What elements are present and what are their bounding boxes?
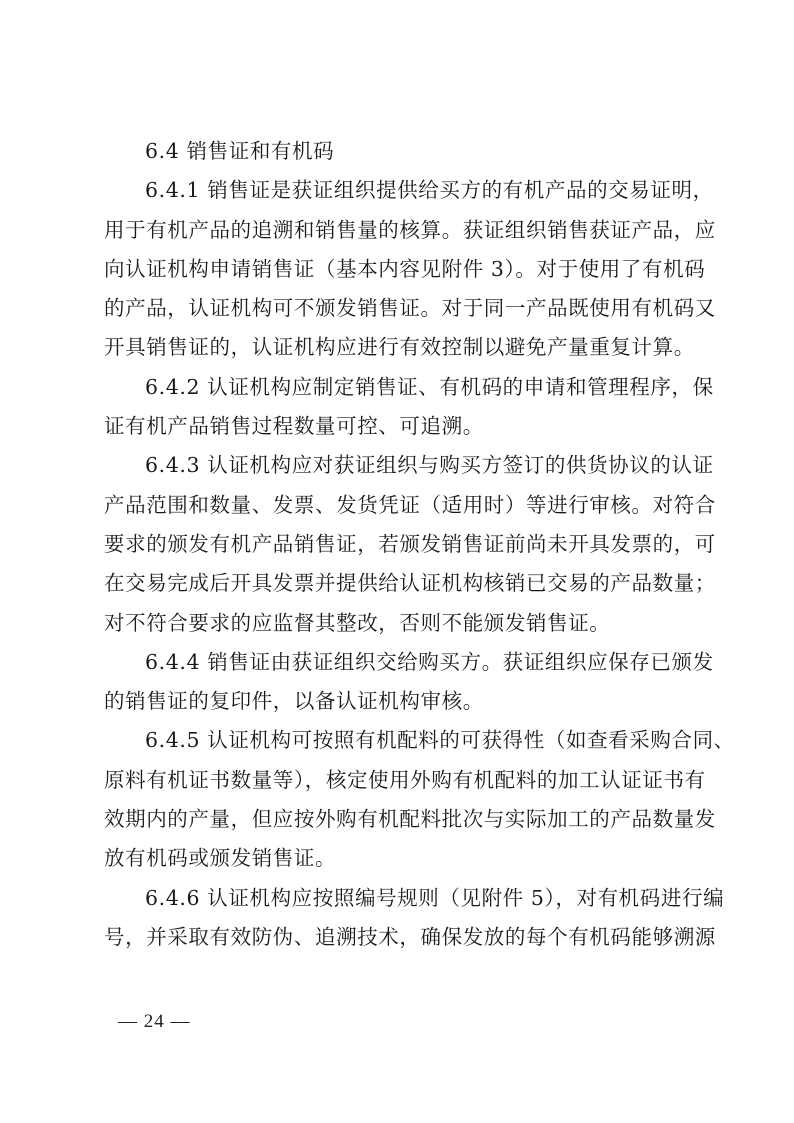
paragraph-6-4-3-line: 要求的颁发有机产品销售证，若颁发销售证前尚未开具发票的，可 [104, 525, 694, 564]
paragraph-6-4-3-line: 对不符合要求的应监督其整改，否则不能颁发销售证。 [104, 604, 694, 643]
document-body: 6.4 销售证和有机码 6.4.1 销售证是获证组织提供给买方的有机产品的交易证… [104, 132, 694, 957]
paragraph-6-4-5-line: 原料有机证书数量等），核定使用外购有机配料的加工认证证书有 [104, 761, 694, 800]
paragraph-6-4-1-line: 开具销售证的，认证机构应进行有效控制以避免产量重复计算。 [104, 328, 694, 367]
paragraph-6-4-4-line: 6.4.4 销售证由获证组织交给购买方。获证组织应保存已颁发 [104, 643, 694, 682]
paragraph-6-4-6-line: 6.4.6 认证机构应按照编号规则（见附件 5），对有机码进行编 [104, 879, 694, 918]
paragraph-6-4-1-line: 向认证机构申请销售证（基本内容见附件 3）。对于使用了有机码 [104, 250, 694, 289]
paragraph-6-4-1-line: 用于有机产品的追溯和销售量的核算。获证组织销售获证产品，应 [104, 211, 694, 250]
paragraph-6-4-5-line: 放有机码或颁发销售证。 [104, 839, 694, 878]
document-page: 6.4 销售证和有机码 6.4.1 销售证是获证组织提供给买方的有机产品的交易证… [0, 0, 794, 1123]
paragraph-6-4-5-line: 效期内的产量，但应按外购有机配料批次与实际加工的产品数量发 [104, 800, 694, 839]
section-heading: 6.4 销售证和有机码 [104, 132, 694, 171]
paragraph-6-4-4-line: 的销售证的复印件，以备认证机构审核。 [104, 682, 694, 721]
paragraph-6-4-2-line: 6.4.2 认证机构应制定销售证、有机码的申请和管理程序，保 [104, 368, 694, 407]
paragraph-6-4-2-line: 证有机产品销售过程数量可控、可追溯。 [104, 407, 694, 446]
paragraph-6-4-1-line: 的产品，认证机构可不颁发销售证。对于同一产品既使用有机码又 [104, 289, 694, 328]
page-number: — 24 — [118, 1008, 191, 1036]
paragraph-6-4-5-line: 6.4.5 认证机构可按照有机配料的可获得性（如查看采购合同、 [104, 721, 694, 760]
paragraph-6-4-3-line: 6.4.3 认证机构应对获证组织与购买方签订的供货协议的认证 [104, 446, 694, 485]
paragraph-6-4-6-line: 号，并采取有效防伪、追溯技术，确保发放的每个有机码能够溯源 [104, 918, 694, 957]
paragraph-6-4-3-line: 在交易完成后开具发票并提供给认证机构核销已交易的产品数量； [104, 564, 694, 603]
paragraph-6-4-1-line: 6.4.1 销售证是获证组织提供给买方的有机产品的交易证明， [104, 171, 694, 210]
paragraph-6-4-3-line: 产品范围和数量、发票、发货凭证（适用时）等进行审核。对符合 [104, 486, 694, 525]
